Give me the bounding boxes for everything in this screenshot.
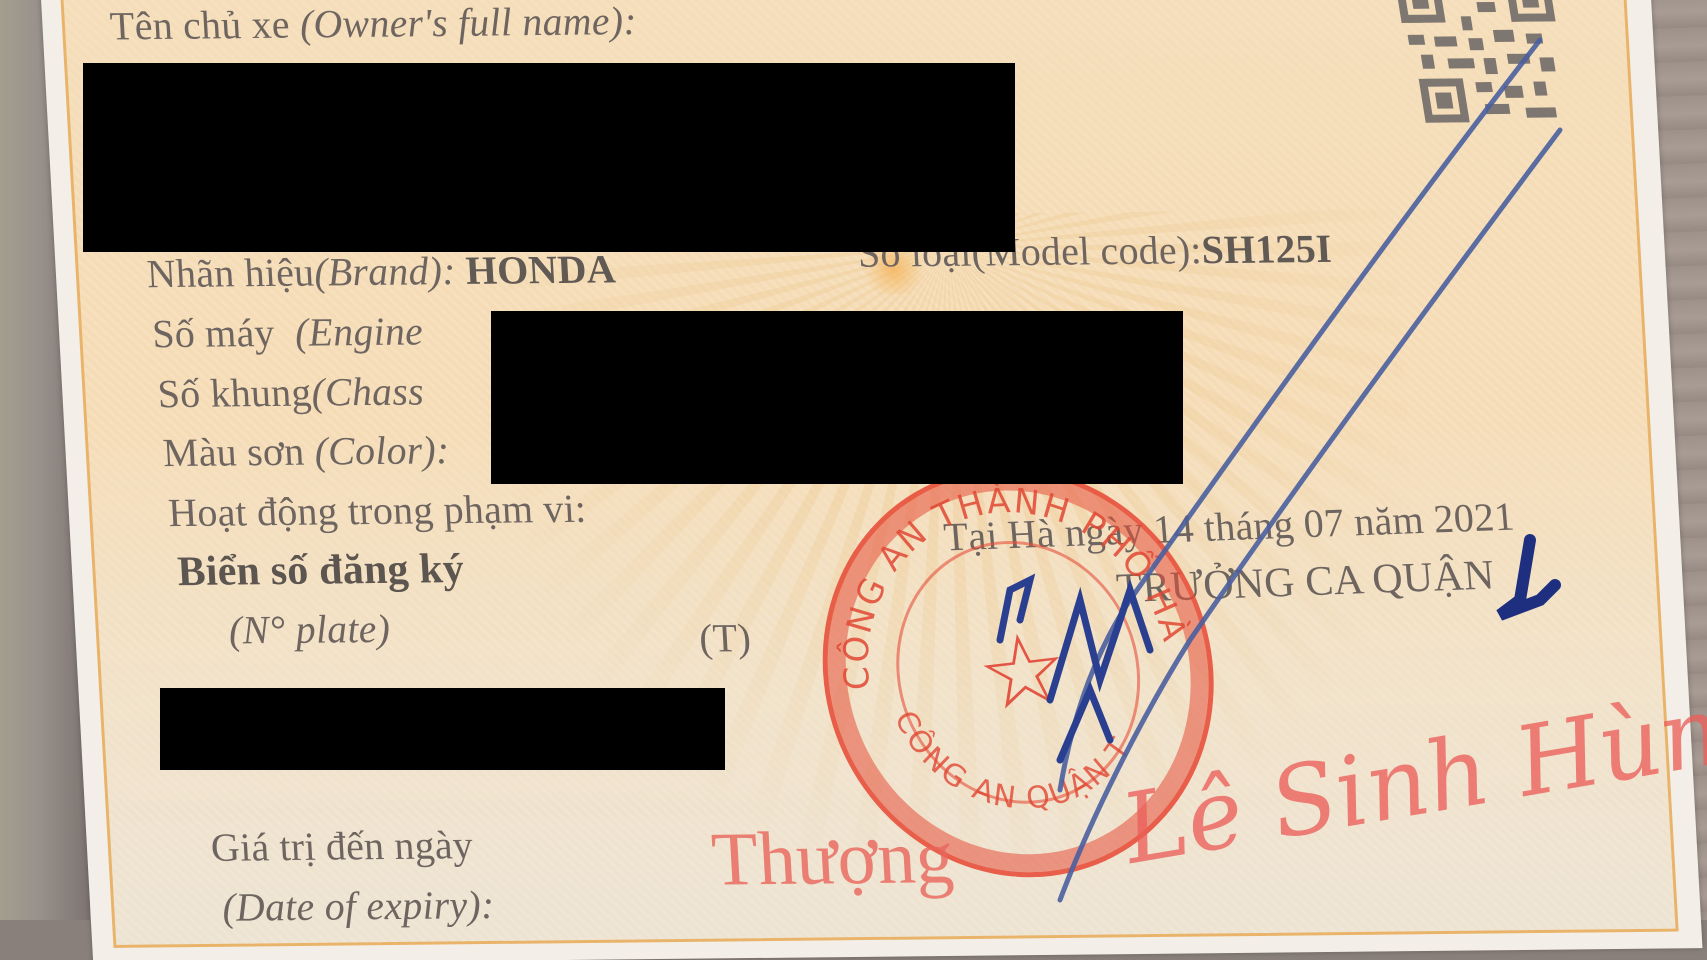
chassis-field: Số khung(Chass <box>156 367 425 417</box>
expiry-label-en: (Date of expiry): <box>221 881 496 931</box>
plate-marker: (T) <box>698 614 752 662</box>
owner-label: Tên chủ xe (Owner's full name): <box>109 0 638 49</box>
brand-field: Nhãn hiệu(Brand): HONDA <box>146 245 617 297</box>
model-value: SH125I <box>1200 226 1333 272</box>
redaction-plate-number <box>160 688 725 770</box>
plate-label: Biển số đăng ký <box>176 545 465 596</box>
engine-field: Số máy (Engine <box>151 307 424 357</box>
color-field: Màu sơn (Color): <box>162 426 451 476</box>
redaction-engine-chassis-color <box>491 311 1183 484</box>
plate-label-en: (N° plate) <box>227 605 391 654</box>
scope-field: Hoạt động trong phạm vi: <box>167 485 587 536</box>
redaction-owner-name <box>83 63 1015 252</box>
expiry-label: Giá trị đến ngày <box>210 821 475 871</box>
qr-code-icon <box>1395 0 1579 129</box>
brand-value: HONDA <box>465 246 617 293</box>
star-emblem-icon: ☆ <box>971 617 1076 727</box>
signer-rank: Thượng <box>709 814 956 904</box>
